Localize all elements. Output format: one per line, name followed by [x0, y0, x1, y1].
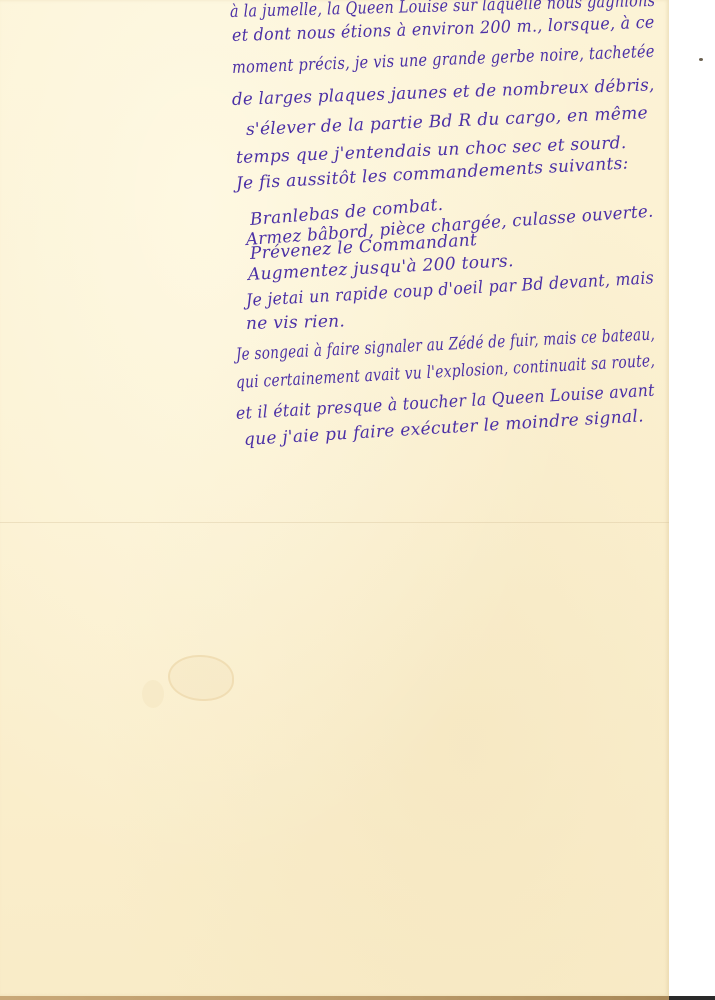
- page-bottom-edge: [0, 996, 669, 1000]
- text-line: moment précis, je vis une grande gerbe n…: [232, 42, 655, 78]
- scanner-edge: [669, 996, 715, 1000]
- handwritten-text: à la jumelle, la Queen Louise sur laquel…: [0, 0, 669, 996]
- scanned-page: à la jumelle, la Queen Louise sur laquel…: [0, 0, 715, 1000]
- dust-speck: [699, 58, 703, 61]
- text-line: ne vis rien.: [246, 311, 346, 334]
